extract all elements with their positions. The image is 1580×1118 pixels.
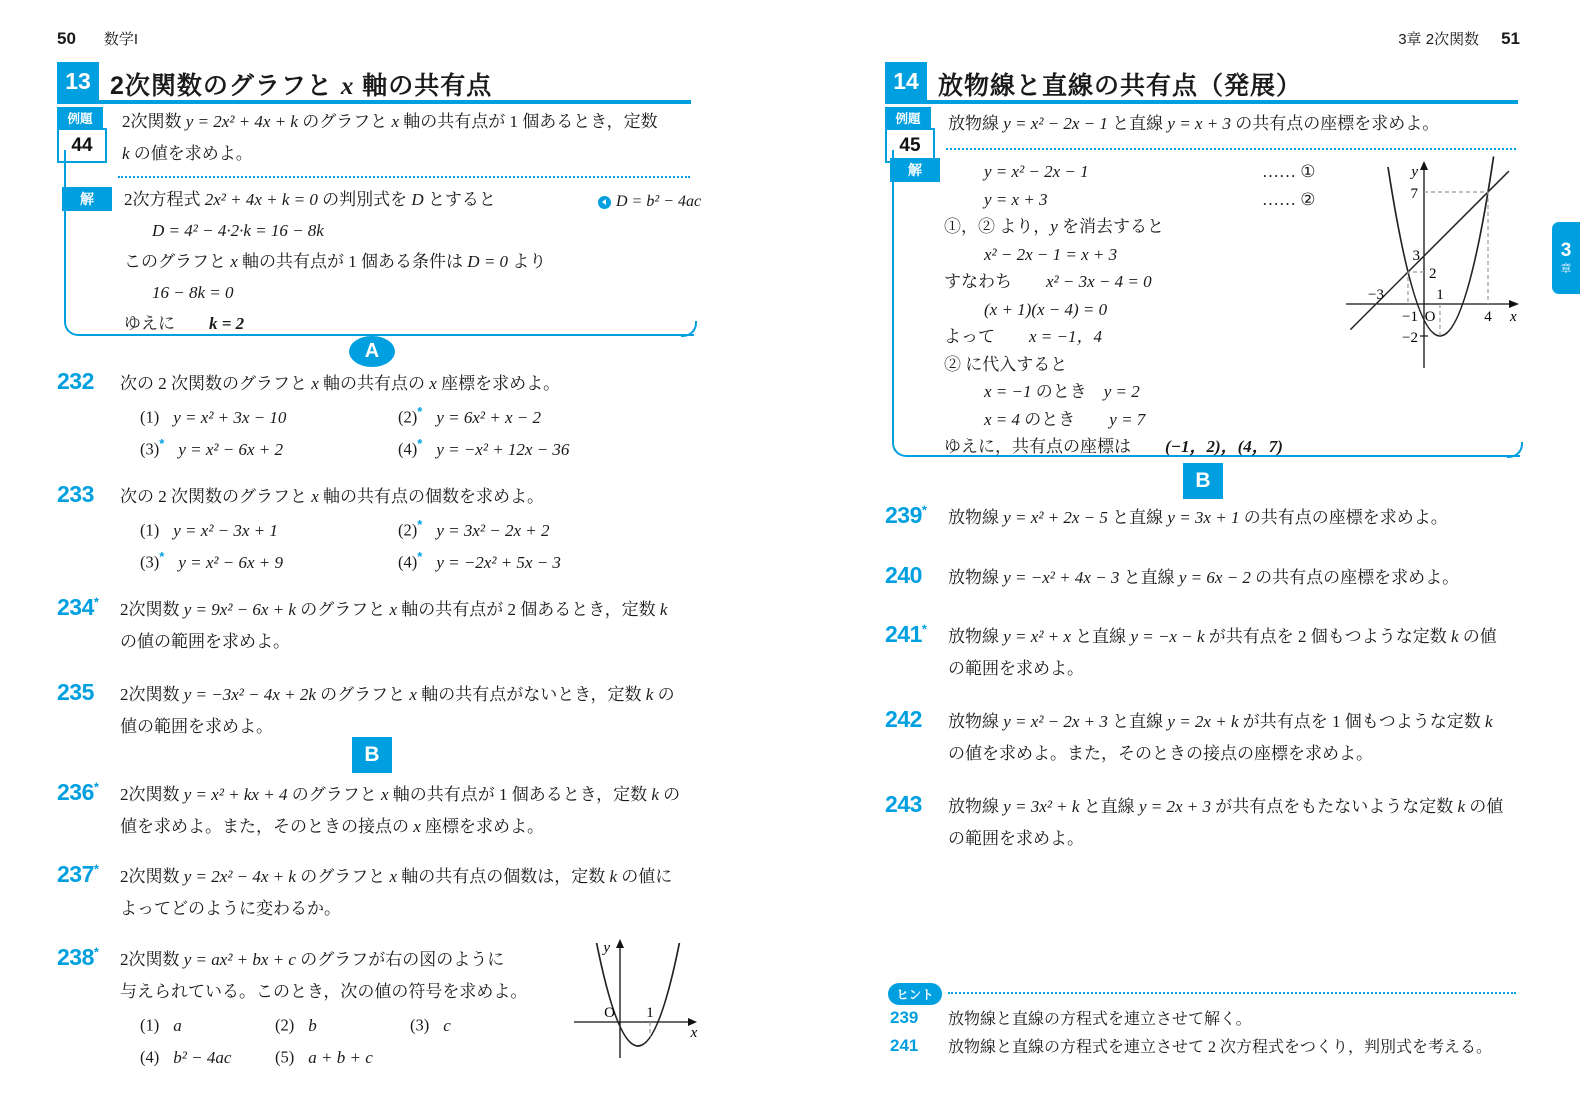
- hint-241-text: 放物線と直線の方程式を連立させて 2 次方程式をつくり，判別式を考える。: [948, 1036, 1492, 1060]
- example-44-tag: 例題: [57, 107, 103, 128]
- example-44-problem-line1: 2次関数 y = 2x² + 4x + k のグラフと x 軸の共有点が 1 個…: [122, 110, 658, 134]
- problem-number-238: 238*: [57, 944, 98, 971]
- left-page-header: 50数学I: [57, 28, 138, 49]
- subitem: (5)a + b + c: [275, 1044, 373, 1068]
- example-44-problem-line2: k の値を求めよ。: [122, 142, 253, 166]
- section-14-number: 14: [885, 62, 927, 100]
- graph-label-7: 7: [1411, 186, 1419, 202]
- subitem: (2)*y = 3x² − 2x + 2: [398, 517, 549, 541]
- example-45-solution-line2: y = x + 3: [984, 188, 1048, 212]
- graph-label-1: 1: [646, 1005, 654, 1021]
- graph-label-x: x: [1509, 309, 1517, 325]
- problem-236-line1: 2次関数 y = x² + kx + 4 のグラフと x 軸の共有点が 1 個あ…: [120, 783, 680, 807]
- graph-label-y: y: [601, 940, 610, 956]
- problem-234-line2: の値の範囲を求めよ。: [120, 630, 290, 654]
- example-45-problem: 放物線 y = x² − 2x − 1 と直線 y = x + 3 の共有点の座…: [948, 112, 1439, 136]
- example-45-solution-label: 解: [890, 158, 940, 182]
- problem-239-line1: 放物線 y = x² + 2x − 5 と直線 y = 3x + 1 の共有点の…: [948, 506, 1448, 530]
- problem-232-items-row1: (1)y = x² + 3x − 10 (2)*y = 6x² + x − 2: [140, 404, 541, 428]
- subitem: (3)*y = x² − 6x + 9: [140, 549, 398, 573]
- example-45-solution-line6: (x + 1)(x − 4) = 0: [984, 298, 1107, 322]
- hint-dotted-line: [948, 992, 1516, 994]
- subitem: (4)*y = −x² + 12x − 36: [398, 436, 569, 460]
- hint-241-number: 241: [890, 1036, 918, 1056]
- problem-233-statement: 次の 2 次関数のグラフと x 軸の共有点の個数を求めよ。: [120, 485, 544, 509]
- example-45-solution-line8: ② に代入すると: [944, 353, 1067, 377]
- graph-label-neg3: −3: [1368, 287, 1384, 303]
- example-44-solution-line2: D = 4² − 4·2·k = 16 − 8k: [152, 219, 324, 243]
- level-a-marker: A: [349, 336, 395, 367]
- example-45-solution-line7: よって x = −1，4: [944, 325, 1102, 349]
- problem-242-line1: 放物線 y = x² − 2x + 3 と直線 y = 2x + k が共有点を…: [948, 710, 1493, 734]
- chapter-tab-number: 3: [1561, 240, 1572, 262]
- section-13-title: 2次関数のグラフと x 軸の共有点: [110, 66, 492, 102]
- problem-238-items-row2: (4)b² − 4ac (5)a + b + c: [140, 1044, 373, 1068]
- problem-234-line1: 2次関数 y = 9x² − 6x + k のグラフと x 軸の共有点が 2 個…: [120, 598, 667, 622]
- problem-number-233: 233: [57, 481, 94, 508]
- graph-label-neg2: −2: [1402, 330, 1418, 346]
- graph-label-neg1: −1: [1402, 309, 1418, 325]
- problem-235-line2: 値の範囲を求めよ。: [120, 715, 273, 739]
- section-14-underline: [885, 100, 1518, 104]
- example-44-solution-line5: ゆえに k = 2: [124, 312, 244, 336]
- subitem: (2)b: [275, 1012, 410, 1036]
- example-45-solution-line3: ①，② より，y を消去すると: [944, 215, 1164, 239]
- graph-label-x: x: [690, 1025, 698, 1041]
- problem-242-line2: の値を求めよ。また，そのときの接点の座標を求めよ。: [948, 742, 1373, 766]
- hint-badge: ヒント: [888, 983, 942, 1005]
- subitem: (3)*y = x² − 6x + 2: [140, 436, 398, 460]
- problem-number-232: 232: [57, 368, 94, 395]
- example-45-tag: 例題: [885, 107, 931, 128]
- problem-243-line1: 放物線 y = 3x² + k と直線 y = 2x + 3 が共有点をもたない…: [948, 795, 1503, 819]
- example-44-solution-label: 解: [62, 187, 112, 211]
- graph-label-origin: O: [1425, 309, 1436, 325]
- right-page-header: 3章 2次関数51: [1330, 28, 1520, 49]
- hint-239-number: 239: [890, 1008, 918, 1028]
- problem-number-236: 236*: [57, 779, 98, 806]
- problem-241-line2: の範囲を求めよ。: [948, 657, 1084, 681]
- chapter-header-label: 3章 2次関数: [1398, 31, 1479, 48]
- example-45-graph: y 7 3 2 −2 −3 −1 O 1 4 x: [1332, 152, 1527, 392]
- section-14-title: 放物線と直線の共有点（発展）: [938, 66, 1302, 102]
- subitem: (4)b² − 4ac: [140, 1044, 275, 1068]
- problem-number-234: 234*: [57, 594, 98, 621]
- problem-238-line2: 与えられている。このとき，次の値の符号を求めよ。: [120, 980, 527, 1004]
- side-note-formula: D = b² − 4ac: [616, 190, 701, 214]
- graph-label-4: 4: [1484, 309, 1492, 325]
- problem-number-242: 242: [885, 706, 922, 733]
- problem-238-graph: y x O 1: [558, 930, 708, 1075]
- problem-number-241: 241*: [885, 621, 926, 648]
- example-44-side-note: D = b² − 4ac: [598, 190, 701, 214]
- right-page-number: 51: [1501, 29, 1520, 48]
- subitem: (1)y = x² − 3x + 1: [140, 517, 398, 541]
- subitem: (1)y = x² + 3x − 10: [140, 404, 398, 428]
- equation-number-2: …… ②: [1262, 188, 1316, 212]
- chapter-tab-label: 章: [1561, 262, 1572, 276]
- problem-240-line1: 放物線 y = −x² + 4x − 3 と直線 y = 6x − 2 の共有点…: [948, 566, 1459, 590]
- problem-number-239: 239*: [885, 502, 926, 529]
- problem-number-243: 243: [885, 791, 922, 818]
- section-13-number: 13: [57, 62, 99, 100]
- graph-label-y: y: [1409, 164, 1418, 180]
- left-page-number: 50: [57, 29, 76, 48]
- subitem: (2)*y = 6x² + x − 2: [398, 404, 541, 428]
- left-arrow-circle-icon: [598, 196, 611, 209]
- level-b-marker-left: B: [352, 737, 392, 773]
- graph-label-3: 3: [1413, 248, 1421, 264]
- problem-236-line2: 値を求めよ。また，そのときの接点の x 座標を求めよ。: [120, 815, 544, 839]
- graph-label-origin: O: [604, 1005, 615, 1021]
- problem-237-line1: 2次関数 y = 2x² − 4x + k のグラフと x 軸の共有点の個数は，…: [120, 865, 672, 889]
- problem-235-line1: 2次関数 y = −3x² − 4x + 2k のグラフと x 軸の共有点がない…: [120, 683, 675, 707]
- problem-number-235: 235: [57, 679, 94, 706]
- problem-233-items-row1: (1)y = x² − 3x + 1 (2)*y = 3x² − 2x + 2: [140, 517, 549, 541]
- chapter-3-side-tab: 3 章: [1552, 222, 1580, 294]
- subitem: (1)a: [140, 1012, 275, 1036]
- subitem: (4)*y = −2x² + 5x − 3: [398, 549, 561, 573]
- problem-243-line2: の範囲を求めよ。: [948, 827, 1084, 851]
- parabola-curve: [597, 943, 680, 1046]
- line-curve: [1350, 171, 1508, 329]
- textbook-spread: 50数学I 13 2次関数のグラフと x 軸の共有点 例題 44 2次関数 y …: [0, 0, 1580, 1118]
- problem-238-items-row1: (1)a (2)b (3)c: [140, 1012, 451, 1036]
- example-45-solution-line5: すなわち x² − 3x − 4 = 0: [944, 270, 1152, 294]
- graph-label-1: 1: [1436, 287, 1444, 303]
- left-book-label: 数学I: [104, 31, 138, 48]
- problem-238-line1: 2次関数 y = ax² + bx + c のグラフが右の図のように: [120, 948, 504, 972]
- section-13-underline: [57, 100, 691, 104]
- problem-237-line2: よってどのように変わるか。: [120, 897, 341, 921]
- problem-number-237: 237*: [57, 861, 98, 888]
- example-45-solution-line4: x² − 2x − 1 = x + 3: [984, 243, 1117, 267]
- example-44-dotted-separator: [118, 176, 690, 178]
- example-44-solution-line4: 16 − 8k = 0: [152, 281, 234, 305]
- problem-number-240: 240: [885, 562, 922, 589]
- problem-232-items-row2: (3)*y = x² − 6x + 2 (4)*y = −x² + 12x − …: [140, 436, 569, 460]
- graph-label-2: 2: [1429, 266, 1437, 282]
- example-45-solution-line9: x = −1 のとき y = 2: [984, 380, 1140, 404]
- hint-239-text: 放物線と直線の方程式を連立させて解く。: [948, 1008, 1252, 1032]
- example-45-solution-line11: ゆえに，共有点の座標は (−1，2)，(4，7): [944, 435, 1283, 459]
- example-45-solution-line10: x = 4 のとき y = 7: [984, 408, 1145, 432]
- problem-241-line1: 放物線 y = x² + x と直線 y = −x − k が共有点を 2 個も…: [948, 625, 1497, 649]
- problem-233-items-row2: (3)*y = x² − 6x + 9 (4)*y = −2x² + 5x − …: [140, 549, 561, 573]
- problem-232-statement: 次の 2 次関数のグラフと x 軸の共有点の x 座標を求めよ。: [120, 372, 560, 396]
- subitem: (3)c: [410, 1012, 451, 1036]
- example-45-dotted-separator: [946, 148, 1516, 150]
- example-44-solution-line3: このグラフと x 軸の共有点が 1 個ある条件は D = 0 より: [124, 250, 546, 274]
- equation-number-1: …… ①: [1262, 160, 1316, 184]
- level-b-marker-right: B: [1183, 463, 1223, 499]
- example-44-solution-line1: 2次方程式 2x² + 4x + k = 0 の判別式を D とすると: [124, 188, 496, 212]
- example-45-solution-line1: y = x² − 2x − 1: [984, 160, 1089, 184]
